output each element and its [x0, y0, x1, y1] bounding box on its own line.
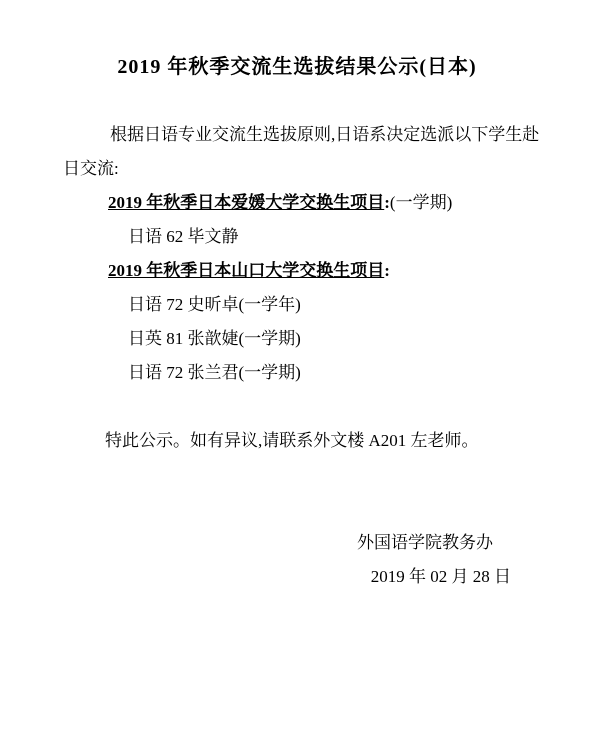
section-yamaguchi-heading: 2019 年秋季日本山口大学交换生项目: [63, 254, 531, 288]
notice-line: 特此公示。如有异议,请联系外文楼 A201 左老师。 [63, 424, 531, 458]
section-yamaguchi-heading-text: 2019 年秋季日本山口大学交换生项目 [108, 261, 384, 280]
spacer-after-title [63, 84, 531, 118]
intro-paragraph-line-2: 日交流: [63, 152, 531, 186]
student-entry: 日语 72 张兰君(一学期) [63, 356, 531, 390]
student-entry: 日语 72 史昕卓(一学年) [63, 288, 531, 322]
spacer-after-notice-2 [63, 492, 531, 526]
section-ehime-heading-term: (一学期) [390, 193, 452, 212]
section-ehime-heading: 2019 年秋季日本爱媛大学交换生项目:(一学期) [63, 186, 531, 220]
intro-paragraph-line-1: 根据日语专业交流生选拔原则,日语系决定选派以下学生赴 [63, 118, 531, 152]
document-page: 2019 年秋季交流生选拔结果公示(日本) 根据日语专业交流生选拔原则,日语系决… [0, 0, 594, 749]
spacer-after-notice-1 [63, 458, 531, 492]
student-entry: 日语 62 毕文静 [63, 220, 531, 254]
document-title: 2019 年秋季交流生选拔结果公示(日本) [63, 50, 531, 84]
signature-line: 外国语学院教务办 [63, 526, 531, 560]
date-line: 2019 年 02 月 28 日 [63, 560, 531, 594]
section-yamaguchi-heading-colon: : [384, 261, 390, 280]
spacer-before-notice [63, 390, 531, 424]
section-ehime-heading-text: 2019 年秋季日本爱媛大学交换生项目 [108, 193, 384, 212]
student-entry: 日英 81 张歆婕(一学期) [63, 322, 531, 356]
